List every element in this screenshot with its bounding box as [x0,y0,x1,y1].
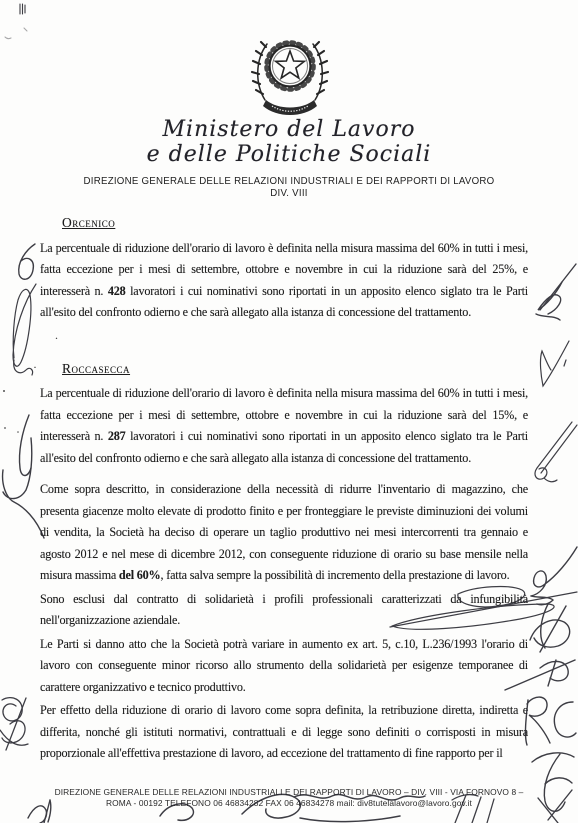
section-heading-roccasecca: Roccasecca [62,358,528,380]
left-margin-paraph-curl-icon [3,415,44,538]
division-line: DIV. VIII [0,188,578,200]
stray-ink-dots [3,390,19,433]
footer-line1: DIREZIONE GENERALE DELLE RELAZIONI INDUS… [19,787,559,798]
stray-period-mark: . [55,328,58,343]
riduzione-bold-value: del 60% [119,568,161,582]
footer-line2: ROMA - 00192 TELEFONO 06 46834282 FAX 06… [19,798,559,809]
section-heading-orcenico: Orcenico [62,212,528,234]
right-margin-initial-mle-icon [536,264,576,320]
ministry-title: Ministero del Lavoro e delle Politiche S… [0,117,578,167]
riduzione-text-pre: Come sopra descritto, in considerazione … [40,482,528,582]
ministry-title-line2: e delle Politiche Sociali [0,142,578,167]
ministry-title-line1: Ministero del Lavoro [0,117,578,142]
orcenico-workers-count: 428 [108,284,126,298]
left-margin-paraph-loop-icon [19,244,35,279]
top-left-scan-artifact-icon [5,4,27,39]
paragraph-parti: Le Parti si danno atto che la Società po… [40,634,528,699]
scanned-document-page: Ministero del Lavoro e delle Politiche S… [0,0,578,823]
paragraph-roccasecca: La percentuale di riduzione dell'orario … [40,383,528,469]
left-margin-knot-icon [0,698,28,750]
riduzione-text-post: , fatta salva sempre la possibilità di i… [161,568,510,582]
right-margin-circled-x-icon [530,604,570,652]
paragraph-orcenico: La percentuale di riduzione dell'orario … [40,238,528,324]
roccasecca-workers-count: 287 [108,429,126,443]
right-margin-pen-stroke-icon [535,422,577,482]
document-body: Orcenico La percentuale di riduzione del… [40,212,528,765]
direction-header: DIREZIONE GENERALE DELLE RELAZIONI INDUS… [0,176,578,200]
paragraph-esclusi: Sono esclusi dal contratto di solidariet… [40,589,528,632]
right-margin-flourish-icon [531,547,577,605]
right-margin-initial-v-icon [540,341,569,386]
direction-general-line: DIREZIONE GENERALE DELLE RELAZIONI INDUS… [0,176,578,188]
paragraph-effetto: Per effetto della riduzione di orario di… [40,700,528,765]
italian-republic-emblem-icon [249,30,331,116]
letterhead-footer: DIREZIONE GENERALE DELLE RELAZIONI INDUS… [19,787,559,808]
paragraph-riduzione: Come sopra descritto, in considerazione … [40,479,528,587]
stray-dot-mark: · [33,360,37,375]
